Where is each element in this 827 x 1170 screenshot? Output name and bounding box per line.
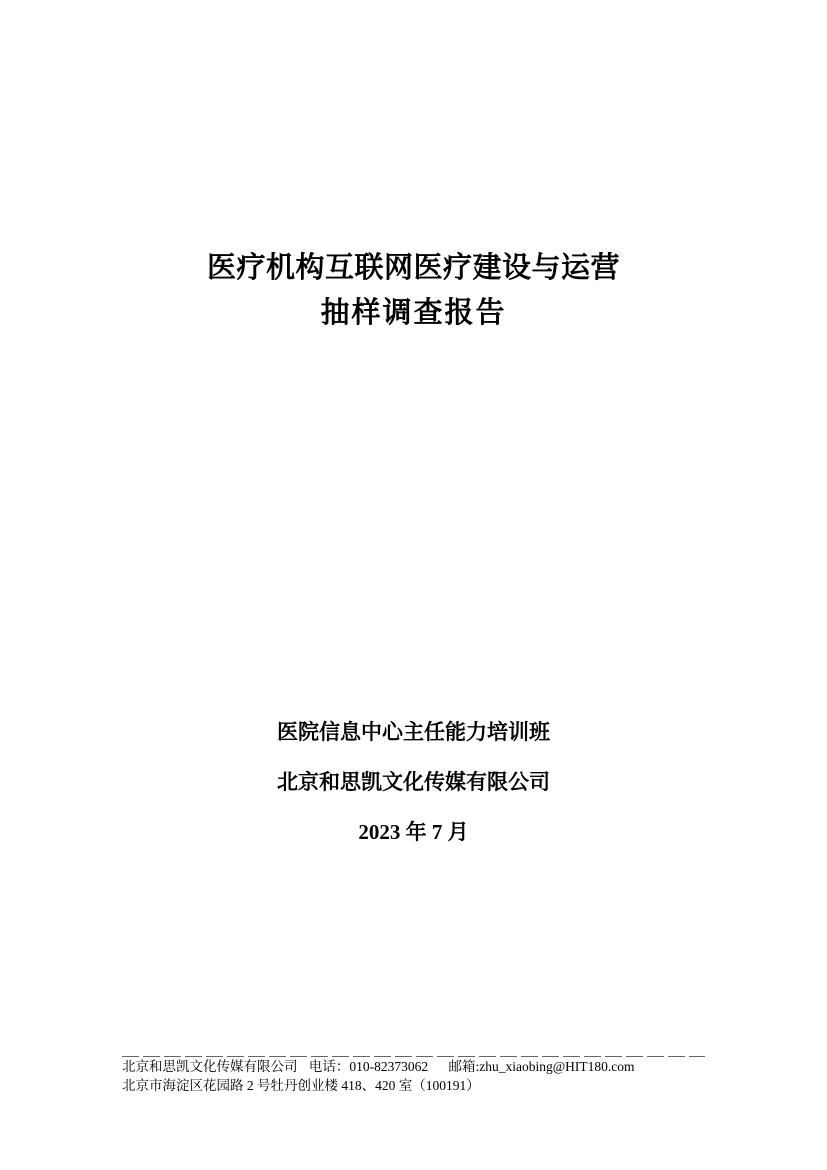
footer-company: 北京和思凯文化传媒有限公司	[122, 1059, 298, 1074]
footer-address: 北京市海淀区花园路 2 号牡丹创业楼 418、420 室（100191）	[122, 1076, 705, 1095]
byline-section: 医院信息中心主任能力培训班 北京和思凯文化传媒有限公司 2023 年 7 月	[0, 721, 827, 871]
report-cover-page: 医疗机构互联网医疗建设与运营 抽样调查报告 医院信息中心主任能力培训班 北京和思…	[0, 0, 827, 1170]
report-title-line2: 抽样调查报告	[0, 291, 827, 336]
page-footer: 北京和思凯文化传媒有限公司 电话：010-82373062 邮箱:zhu_xia…	[122, 1056, 705, 1095]
publication-date: 2023 年 7 月	[0, 821, 827, 843]
training-class-name: 医院信息中心主任能力培训班	[0, 721, 827, 743]
footer-email: 邮箱:zhu_xiaobing@HIT180.com	[449, 1059, 635, 1074]
report-title: 医疗机构互联网医疗建设与运营 抽样调查报告	[0, 246, 827, 336]
footer-phone: 电话：010-82373062	[309, 1059, 428, 1074]
report-title-line1: 医疗机构互联网医疗建设与运营	[0, 246, 827, 291]
publisher-company-name: 北京和思凯文化传媒有限公司	[0, 771, 827, 793]
footer-contact-line: 北京和思凯文化传媒有限公司 电话：010-82373062 邮箱:zhu_xia…	[122, 1057, 705, 1076]
